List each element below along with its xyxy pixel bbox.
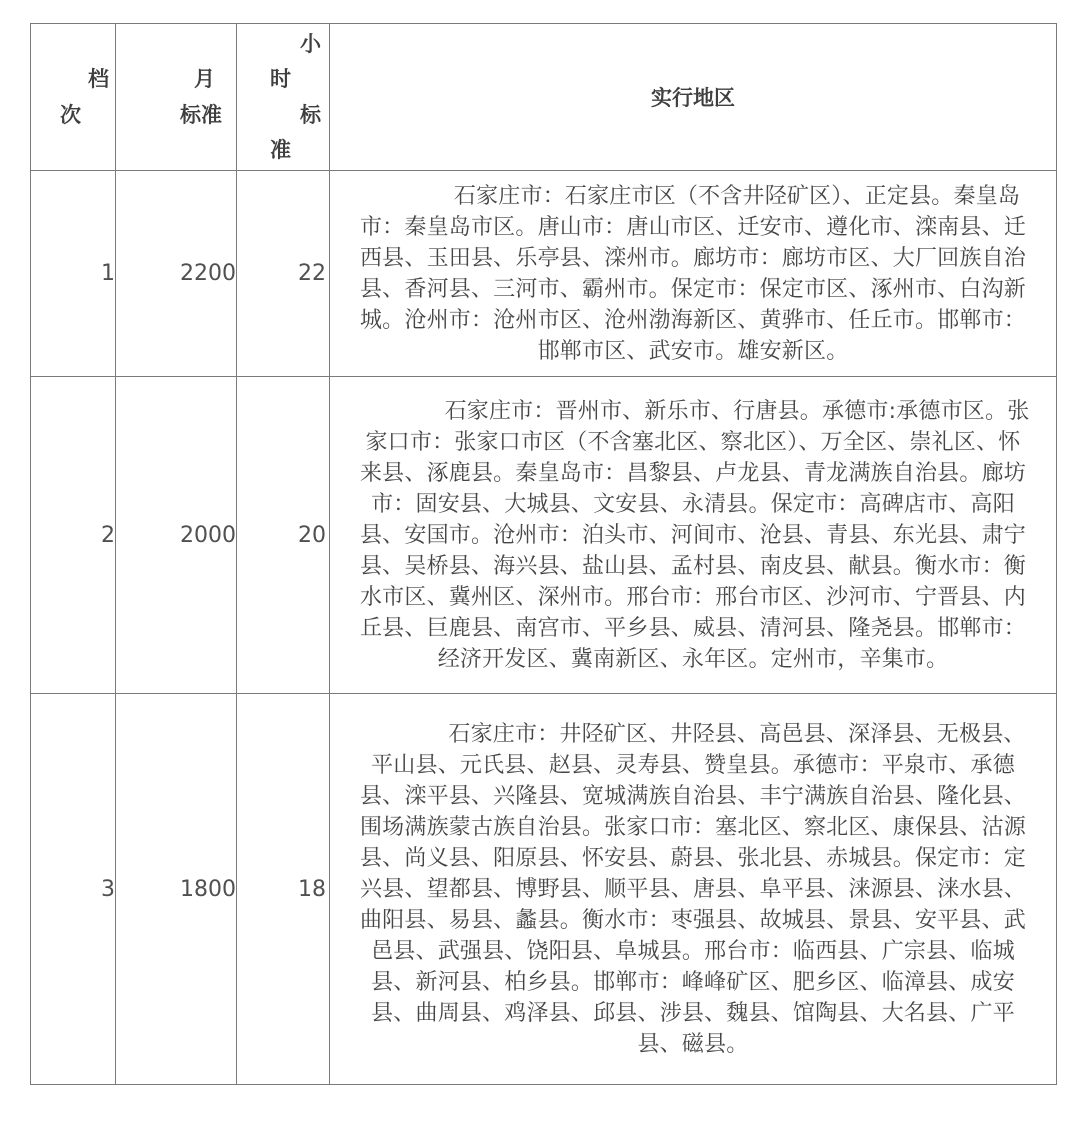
- header-tier-char-1: 档: [88, 69, 109, 90]
- region-line: 兴县、望都县、博野县、顺平县、唐县、阜平县、涞源县、涞水县、: [330, 874, 1056, 905]
- header-tier: 档 次: [31, 24, 116, 171]
- region-line: 市：固安县、大城县、文安县、永清县。保定市：高碑店市、高阳: [330, 489, 1056, 520]
- minimum-wage-table: 档 次 月 标准 小 时 标 准 实行地区: [30, 23, 1057, 1085]
- region-line: 家口市：张家口市区（不含塞北区、察北区）、万全区、崇礼区、怀: [330, 427, 1056, 458]
- region-line: 县、滦平县、兴隆县、宽城满族自治县、丰宁满族自治县、隆化县、: [330, 781, 1056, 812]
- region-line: 县、吴桥县、海兴县、盐山县、孟村县、南皮县、献县。衡水市：衡: [330, 551, 1056, 582]
- region-line: 县、新河县、柏乡县。邯郸市：峰峰矿区、肥乡区、临漳县、成安: [330, 967, 1056, 998]
- region-text: 石家庄市：晋州市、新乐市、行唐县。承德市:承德市区。张: [445, 399, 1030, 424]
- header-hourly-char-1: 小: [300, 34, 321, 55]
- header-hourly-char-4: 准: [270, 140, 291, 161]
- region-line: 经济开发区、冀南新区、永年区。定州市，辛集市。: [330, 644, 1056, 675]
- region-line: 曲阳县、易县、蠡县。衡水市：枣强县、故城县、景县、安平县、武: [330, 905, 1056, 936]
- header-row: 档 次 月 标准 小 时 标 准 实行地区: [31, 24, 1057, 171]
- regions-cell: 石家庄市：井陉矿区、井陉县、高邑县、深泽县、无极县、 平山县、元氏县、赵县、灵寿…: [330, 694, 1057, 1085]
- monthly-standard-cell: 2200: [116, 171, 237, 377]
- header-hourly-char-3: 标: [300, 105, 321, 126]
- region-text: 石家庄市：井陉矿区、井陉县、高邑县、深泽县、无极县、: [448, 722, 1025, 747]
- header-tier-char-2: 次: [60, 105, 81, 126]
- table-row: 3 1800 18 石家庄市：井陉矿区、井陉县、高邑县、深泽县、无极县、 平山县…: [31, 694, 1057, 1085]
- hourly-standard-cell: 22: [237, 171, 330, 377]
- region-line: 来县、涿鹿县。秦皇岛市：昌黎县、卢龙县、青龙满族自治县。廊坊: [330, 458, 1056, 489]
- header-regions: 实行地区: [330, 24, 1057, 171]
- header-hourly-standard: 小 时 标 准: [237, 24, 330, 171]
- region-line: 县、磁县。: [330, 1029, 1056, 1060]
- region-line: 县、曲周县、鸡泽县、邱县、涉县、魏县、馆陶县、大名县、广平: [330, 998, 1056, 1029]
- monthly-standard-cell: 2000: [116, 377, 237, 694]
- region-line: 邯郸市区、武安市。雄安新区。: [330, 336, 1056, 367]
- region-line: 县、尚义县、阳原县、怀安县、蔚县、张北县、赤城县。保定市：定: [330, 843, 1056, 874]
- tier-cell: 2: [31, 377, 116, 694]
- region-line: 丘县、巨鹿县、南宫市、平乡县、威县、清河县、隆尧县。邯郸市：: [330, 613, 1056, 644]
- region-line: 邑县、武强县、饶阳县、阜城县。邢台市：临西县、广宗县、临城: [330, 936, 1056, 967]
- regions-cell: 石家庄市：晋州市、新乐市、行唐县。承德市:承德市区。张 家口市：张家口市区（不含…: [330, 377, 1057, 694]
- header-monthly-line-1: 月: [194, 69, 215, 90]
- table-row: 2 2000 20 石家庄市：晋州市、新乐市、行唐县。承德市:承德市区。张 家口…: [31, 377, 1057, 694]
- table-row: 1 2200 22 石家庄市：石家庄市区（不含井陉矿区）、正定县。秦皇岛 市：秦…: [31, 171, 1057, 377]
- hourly-standard-cell: 18: [237, 694, 330, 1085]
- region-line: 市：秦皇岛市区。唐山市：唐山市区、迁安市、遵化市、滦南县、迁: [330, 212, 1056, 243]
- tier-cell: 3: [31, 694, 116, 1085]
- header-monthly-standard: 月 标准: [116, 24, 237, 171]
- region-line: 平山县、元氏县、赵县、灵寿县、赞皇县。承德市：平泉市、承德: [330, 750, 1056, 781]
- header-hourly-char-2: 时: [270, 69, 291, 90]
- region-line: 西县、玉田县、乐亭县、滦州市。廊坊市：廊坊市区、大厂回族自治: [330, 243, 1056, 274]
- monthly-standard-cell: 1800: [116, 694, 237, 1085]
- region-line: 城。沧州市：沧州市区、沧州渤海新区、黄骅市、任丘市。邯郸市：: [330, 305, 1056, 336]
- region-line: 县、香河县、三河市、霸州市。保定市：保定市区、涿州市、白沟新: [330, 274, 1056, 305]
- region-line: 县、安国市。沧州市：泊头市、河间市、沧县、青县、东光县、肃宁: [330, 520, 1056, 551]
- region-text: 石家庄市：石家庄市区（不含井陉矿区）、正定县。秦皇岛: [454, 184, 1020, 209]
- regions-cell: 石家庄市：石家庄市区（不含井陉矿区）、正定县。秦皇岛 市：秦皇岛市区。唐山市：唐…: [330, 171, 1057, 377]
- hourly-standard-cell: 20: [237, 377, 330, 694]
- region-line: 石家庄市：井陉矿区、井陉县、高邑县、深泽县、无极县、: [330, 719, 1056, 750]
- region-line: 石家庄市：石家庄市区（不含井陉矿区）、正定县。秦皇岛: [330, 181, 1056, 212]
- region-line: 围场满族蒙古族自治县。张家口市：塞北区、察北区、康保县、沽源: [330, 812, 1056, 843]
- region-line: 水市区、冀州区、深州市。邢台市：邢台市区、沙河市、宁晋县、内: [330, 582, 1056, 613]
- tier-cell: 1: [31, 171, 116, 377]
- region-line: 石家庄市：晋州市、新乐市、行唐县。承德市:承德市区。张: [330, 396, 1056, 427]
- header-monthly-line-2: 标准: [180, 105, 222, 126]
